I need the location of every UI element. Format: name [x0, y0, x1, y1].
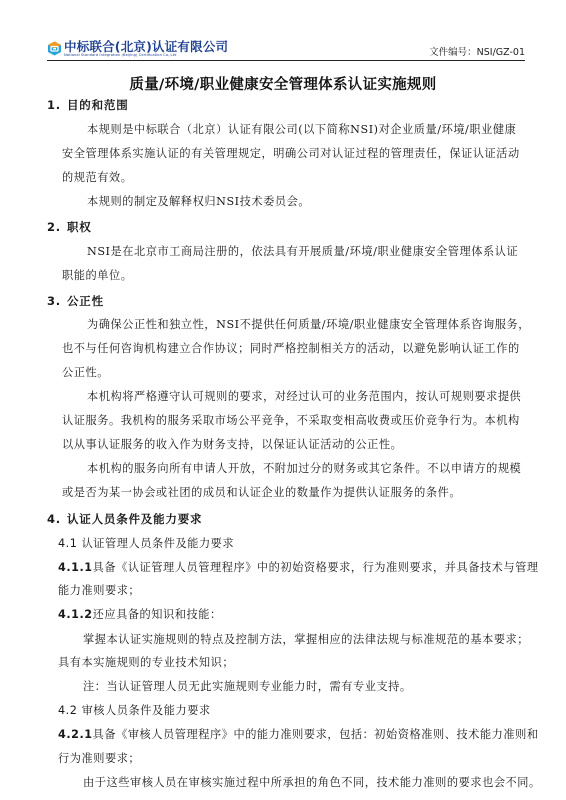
section-heading-4: 4.认证人员条件及能力要求	[47, 512, 202, 526]
section-title: 公正性	[67, 294, 104, 308]
paragraph-line: 认证服务。我机构的服务采取市场公平竞争，不采取变相高收费或压价竞争行为。本机构	[62, 414, 520, 428]
document-number: 文件编号：NSI/GZ-01	[429, 44, 525, 58]
paragraph-line: 行为准则要求；	[58, 752, 140, 766]
section-heading-1: 1.目的和范围	[47, 98, 129, 112]
paragraph-line: 为确保公正性和独立性，NSI不提供任何质量/环境/职业健康安全管理体系咨询服务，	[87, 318, 530, 332]
section-heading-3: 3.公正性	[47, 294, 104, 308]
section-title: 认证人员条件及能力要求	[67, 512, 202, 526]
section-number: 3.	[47, 294, 67, 308]
subsection-4-1: 4.1 认证管理人员条件及能力要求	[58, 537, 234, 551]
subsection-4-2-1: 4.2.1具备《审核人员管理程序》中的能力准则要求，包括：初始资格准则、技术能力…	[58, 728, 539, 742]
page-header: 中标联合(北京)认证有限公司 National Standard Integra…	[47, 40, 525, 61]
paragraph-line: 或是否为某一协会或社团的成员和认证企业的数量作为提供认证服务的条件。	[62, 486, 461, 500]
section-heading-2: 2.职权	[47, 220, 92, 234]
paragraph-line: 本规则的制定及解释权归NSI技术委员会。	[87, 195, 310, 209]
document-page: 中标联合(北京)认证有限公司 National Standard Integra…	[0, 0, 566, 800]
section-number: 1.	[47, 98, 67, 112]
section-number: 2.	[47, 220, 67, 234]
section-title: 职权	[67, 220, 92, 234]
note-line: 注：当认证管理人员无此实施规则专业能力时，需有专业支持。	[83, 680, 412, 694]
paragraph-line: 掌握本认证实施规则的特点及控制方法，掌握相应的法律法规与标准规范的基本要求；	[83, 633, 529, 647]
paragraph-line: 能力准则要求；	[58, 584, 140, 598]
subsection-number: 4.1.2	[58, 608, 93, 621]
paragraph-line: 职能的单位。	[62, 269, 132, 283]
paragraph-line: 本机构的服务向所有申请人开放，不附加过分的财务或其它条件。不以申请方的规模	[87, 462, 521, 476]
subsection-text: 还应具备的知识和技能：	[93, 608, 222, 621]
paragraph-line: 本规则是中标联合（北京）认证有限公司(以下简称NSI)对企业质量/环境/职业健康	[87, 123, 516, 137]
subsection-number: 4.1.1	[58, 561, 93, 574]
page-title: 质量/环境/职业健康安全管理体系认证实施规则	[0, 73, 566, 94]
subsection-text: 具备《审核人员管理程序》中的能力准则要求，包括：初始资格准则、技术能力准则和	[93, 728, 539, 741]
paragraph-line: NSI是在北京市工商局注册的，依法具有开展质量/环境/职业健康安全管理体系认证	[87, 245, 518, 259]
subsection-number: 4.2	[58, 704, 77, 717]
section-number: 4.	[47, 512, 67, 526]
subsection-4-1-2: 4.1.2还应具备的知识和技能：	[58, 608, 222, 622]
section-title: 目的和范围	[67, 98, 129, 112]
subsection-title: 认证管理人员条件及能力要求	[82, 537, 235, 550]
company-name-cn: 中标联合(北京)认证有限公司	[64, 40, 228, 53]
paragraph-line: 本机构将严格遵守认可规则的要求，对经过认可的业务范围内，按认可规则要求提供	[87, 390, 521, 404]
paragraph-line: 的规范有效。	[62, 171, 132, 185]
logo-icon	[47, 41, 62, 56]
paragraph-line: 也不与任何咨询机构建立合作协议；同时严格控制相关方的活动，以避免影响认证工作的	[62, 342, 520, 356]
company-name-en: National Standard Integration (Beijing) …	[64, 53, 228, 57]
subsection-number: 4.1	[58, 537, 77, 550]
paragraph-line: 公正性。	[62, 366, 109, 380]
paragraph-line: 以从事认证服务的收入作为财务支持，以保证认证活动的公正性。	[62, 438, 402, 452]
subsection-title: 审核人员条件及能力要求	[82, 704, 211, 717]
subsection-4-2: 4.2 审核人员条件及能力要求	[58, 704, 211, 718]
paragraph-line: 安全管理体系实施认证的有关管理规定，明确公司对认证过程的管理责任，保证认证活动	[62, 147, 520, 161]
paragraph-line: 具有本实施规则的专业技术知识；	[58, 656, 234, 670]
subsection-number: 4.2.1	[58, 728, 93, 741]
paragraph-line: 由于这些审核人员在审核实施过程中所承担的角色不同，技术能力准则的要求也会不同。	[83, 776, 541, 790]
subsection-text: 具备《认证管理人员管理程序》中的初始资格要求，行为准则要求，并具备技术与管理	[93, 561, 539, 574]
company-logo: 中标联合(北京)认证有限公司 National Standard Integra…	[47, 40, 228, 57]
subsection-4-1-1: 4.1.1具备《认证管理人员管理程序》中的初始资格要求，行为准则要求，并具备技术…	[58, 561, 539, 575]
